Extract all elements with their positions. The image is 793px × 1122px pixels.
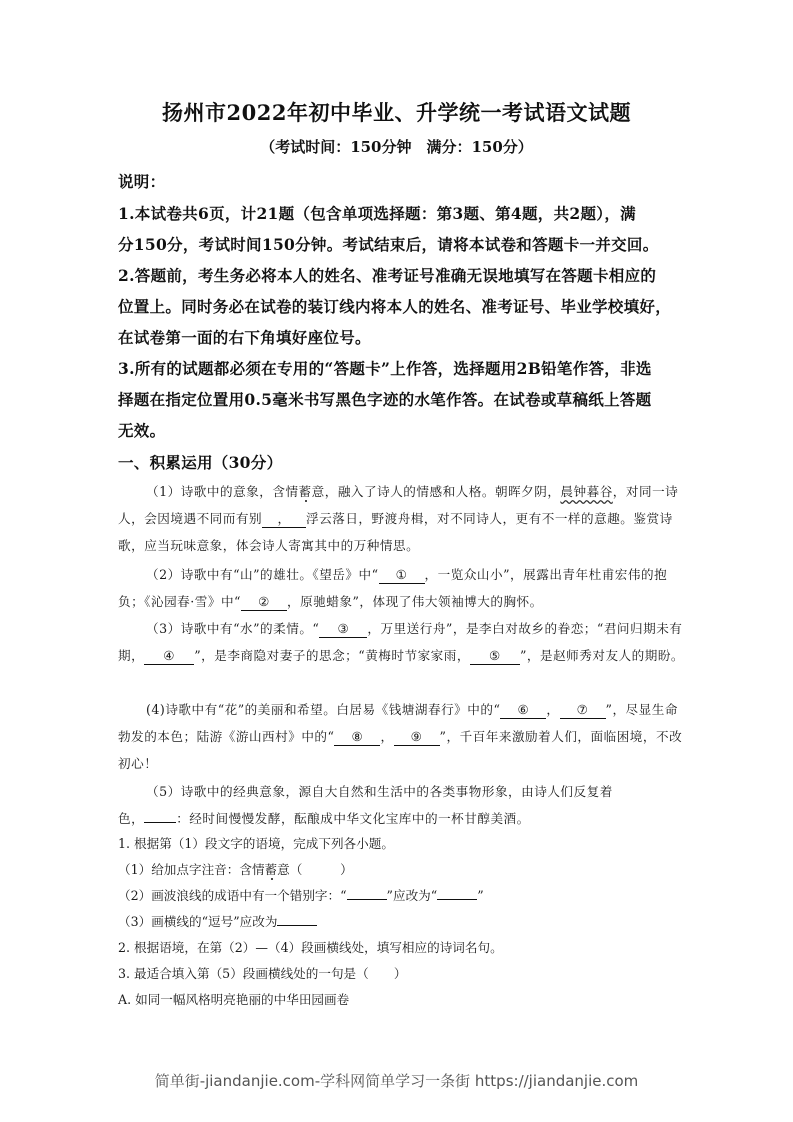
blank-comma: ，: [262, 511, 306, 528]
question-1: 1. 根据第（1）段文字的语境，完成下列各小题。: [118, 831, 690, 857]
instruction-line: 1.本试卷共6页，计21题（包含单项选择题：第3题、第4题，共2题），满: [118, 198, 690, 229]
dotted-char: 蓄: [265, 862, 278, 877]
section-heading: 一、积累运用（30分）: [118, 447, 690, 478]
text: ，: [380, 729, 393, 744]
question-1-2: （2）画波浪线的成语中有一个错别字：“”应改为“”: [118, 883, 690, 909]
paragraph-5: （5）诗歌中的经典意象，源自大自然和生活中的各类事物形象，由诗人们反复着 色，：…: [118, 778, 690, 832]
question-1-1: （1）给加点字注音：含情蓄意（ ）: [118, 857, 690, 883]
blank-5: ⑤: [470, 648, 520, 665]
paragraph-1: （1）诗歌中的意象，含情蓄意，融入了诗人的情感和人格。朝晖夕阴，晨钟暮谷，对同一…: [118, 478, 690, 559]
text: 意（ ）: [277, 862, 353, 877]
exam-page: 扬州市2022年初中毕业、升学统一考试语文试题 （考试时间：150分钟 满分：1…: [0, 0, 793, 1122]
text: ”，是赵师秀对友人的期盼。: [520, 648, 684, 663]
answer-blank: [277, 925, 317, 926]
text: （2）诗歌中有“山”的雄壮。《望岳》中“: [146, 567, 379, 582]
instruction-line: 分150分，考试时间150分钟。考试结束后，请将本试卷和答题卡一并交回。: [118, 229, 690, 260]
wavy-underlined-idiom: 晨钟暮谷: [560, 484, 612, 499]
blank-1: ①: [379, 567, 425, 584]
text: ：经时间慢慢发酵，酝酿成中华文化宝库中的一杯甘醇美酒。: [176, 811, 530, 826]
exam-title: 扬州市2022年初中毕业、升学统一考试语文试题: [0, 97, 793, 127]
text: （3）画横线的“逗号”应改为: [118, 914, 277, 929]
question-3: 3. 最适合填入第（5）段画横线处的一句是（ ）: [118, 961, 690, 987]
paragraph-2: （2）诗歌中有“山”的雄壮。《望岳》中“①，一览众山小”，展露出青年杜甫宏伟的抱…: [118, 561, 690, 615]
text: （1）给加点字注音：含情: [118, 862, 265, 877]
option-a: A. 如同一幅风格明亮艳丽的中华田园画卷: [118, 987, 690, 1013]
text: ”应改为“: [387, 888, 438, 903]
text: ”: [477, 888, 483, 903]
dotted-char: 蓄: [299, 484, 312, 499]
blank-sentence: [144, 822, 176, 823]
instruction-line: 2.答题前，考生务必将本人的姓名、准考证号准确无误地填写在答题卡相应的: [118, 260, 690, 291]
text: ，原驰蜡象”，体现了伟大领袖博大的胸怀。: [287, 594, 543, 609]
text: ”，是李商隐对妻子的思念；“黄梅时节家家雨，: [194, 648, 470, 663]
questions: 1. 根据第（1）段文字的语境，完成下列各小题。 （1）给加点字注音：含情蓄意（…: [118, 831, 690, 1013]
blank-8: ⑧: [334, 729, 380, 746]
text: （1）诗歌中的意象，含情: [146, 484, 299, 499]
paragraph-4: (4)诗歌中有“花”的美丽和希望。白居易《钱塘湖春行》中的“⑥，⑦”，尽显生命勃…: [118, 696, 690, 777]
instructions-list: 1.本试卷共6页，计21题（包含单项选择题：第3题、第4题，共2题），满 分15…: [118, 198, 690, 446]
text: 色，: [118, 811, 144, 826]
exam-subtitle: （考试时间：150分钟 满分：150分）: [0, 136, 793, 157]
text: （5）诗歌中的经典意象，源自大自然和生活中的各类事物形象，由诗人们反复着: [118, 778, 690, 805]
blank-6: ⑥: [500, 702, 546, 719]
instruction-line: 择题在指定位置用0.5毫米书写黑色字迹的水笔作答。在试卷或草稿纸上答题: [118, 384, 690, 415]
blank-9: ⑨: [394, 729, 440, 746]
instruction-line: 位置上。同时务必在试卷的装订线内将本人的姓名、准考证号、毕业学校填好，: [118, 291, 690, 322]
question-1-3: （3）画横线的“逗号”应改为: [118, 909, 690, 935]
answer-blank: [437, 899, 477, 900]
text: (4)诗歌中有“花”的美丽和希望。白居易《钱塘湖春行》中的“: [146, 702, 500, 717]
text: （3）诗歌中有“水”的柔情。“: [146, 621, 319, 636]
text: ，: [546, 702, 559, 717]
instruction-line: 无效。: [118, 415, 690, 446]
watermark-footer: 简单街-jiandanjie.com-学科网简单学习一条街 https://ji…: [0, 1070, 793, 1091]
paragraph-3: （3）诗歌中有“水”的柔情。“③，万里送行舟”，是李白对故乡的眷恋；“君问归期未…: [118, 615, 690, 669]
blank-7: ⑦: [560, 702, 606, 719]
blank-2: ②: [241, 594, 287, 611]
blank-4: ④: [144, 648, 194, 665]
text: 意，融入了诗人的情感和人格。朝晖夕阴，: [312, 484, 561, 499]
blank-3: ③: [319, 621, 367, 638]
instruction-line: 在试卷第一面的右下角填好座位号。: [118, 322, 690, 353]
instruction-line: 3.所有的试题都必须在专用的“答题卡”上作答，选择题用2B铅笔作答，非选: [118, 353, 690, 384]
instructions-heading: 说明：: [118, 166, 690, 197]
answer-blank: [347, 899, 387, 900]
question-2: 2. 根据语境，在第（2）—（4）段画横线处，填写相应的诗词名句。: [118, 935, 690, 961]
text: （2）画波浪线的成语中有一个错别字：“: [118, 888, 347, 903]
